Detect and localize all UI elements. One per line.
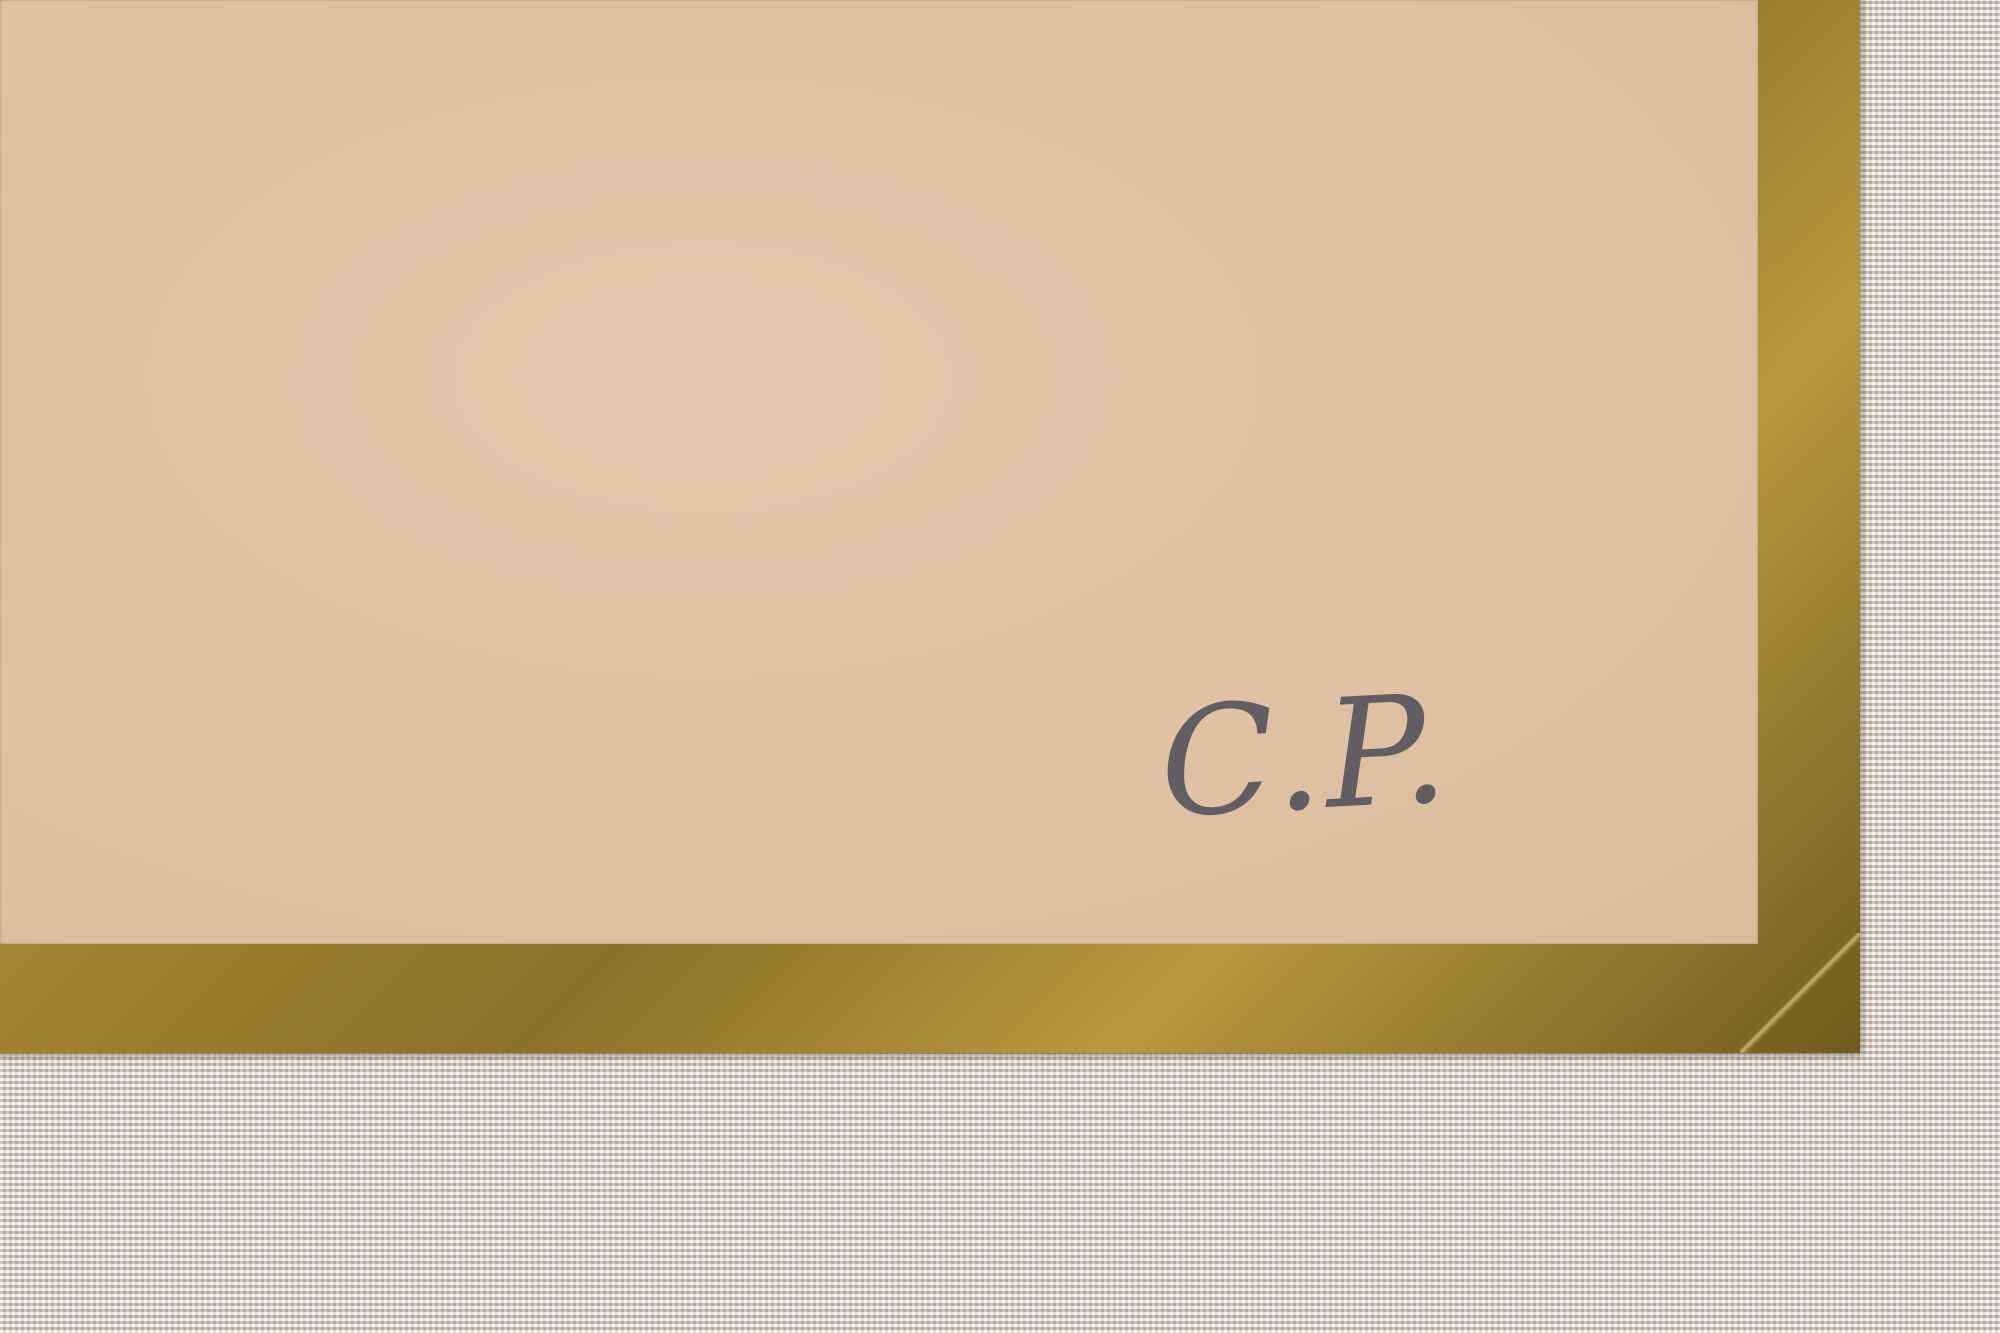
paper-artwork: C.P. (0, 0, 1758, 944)
artist-signature: C.P. (1156, 662, 1456, 851)
